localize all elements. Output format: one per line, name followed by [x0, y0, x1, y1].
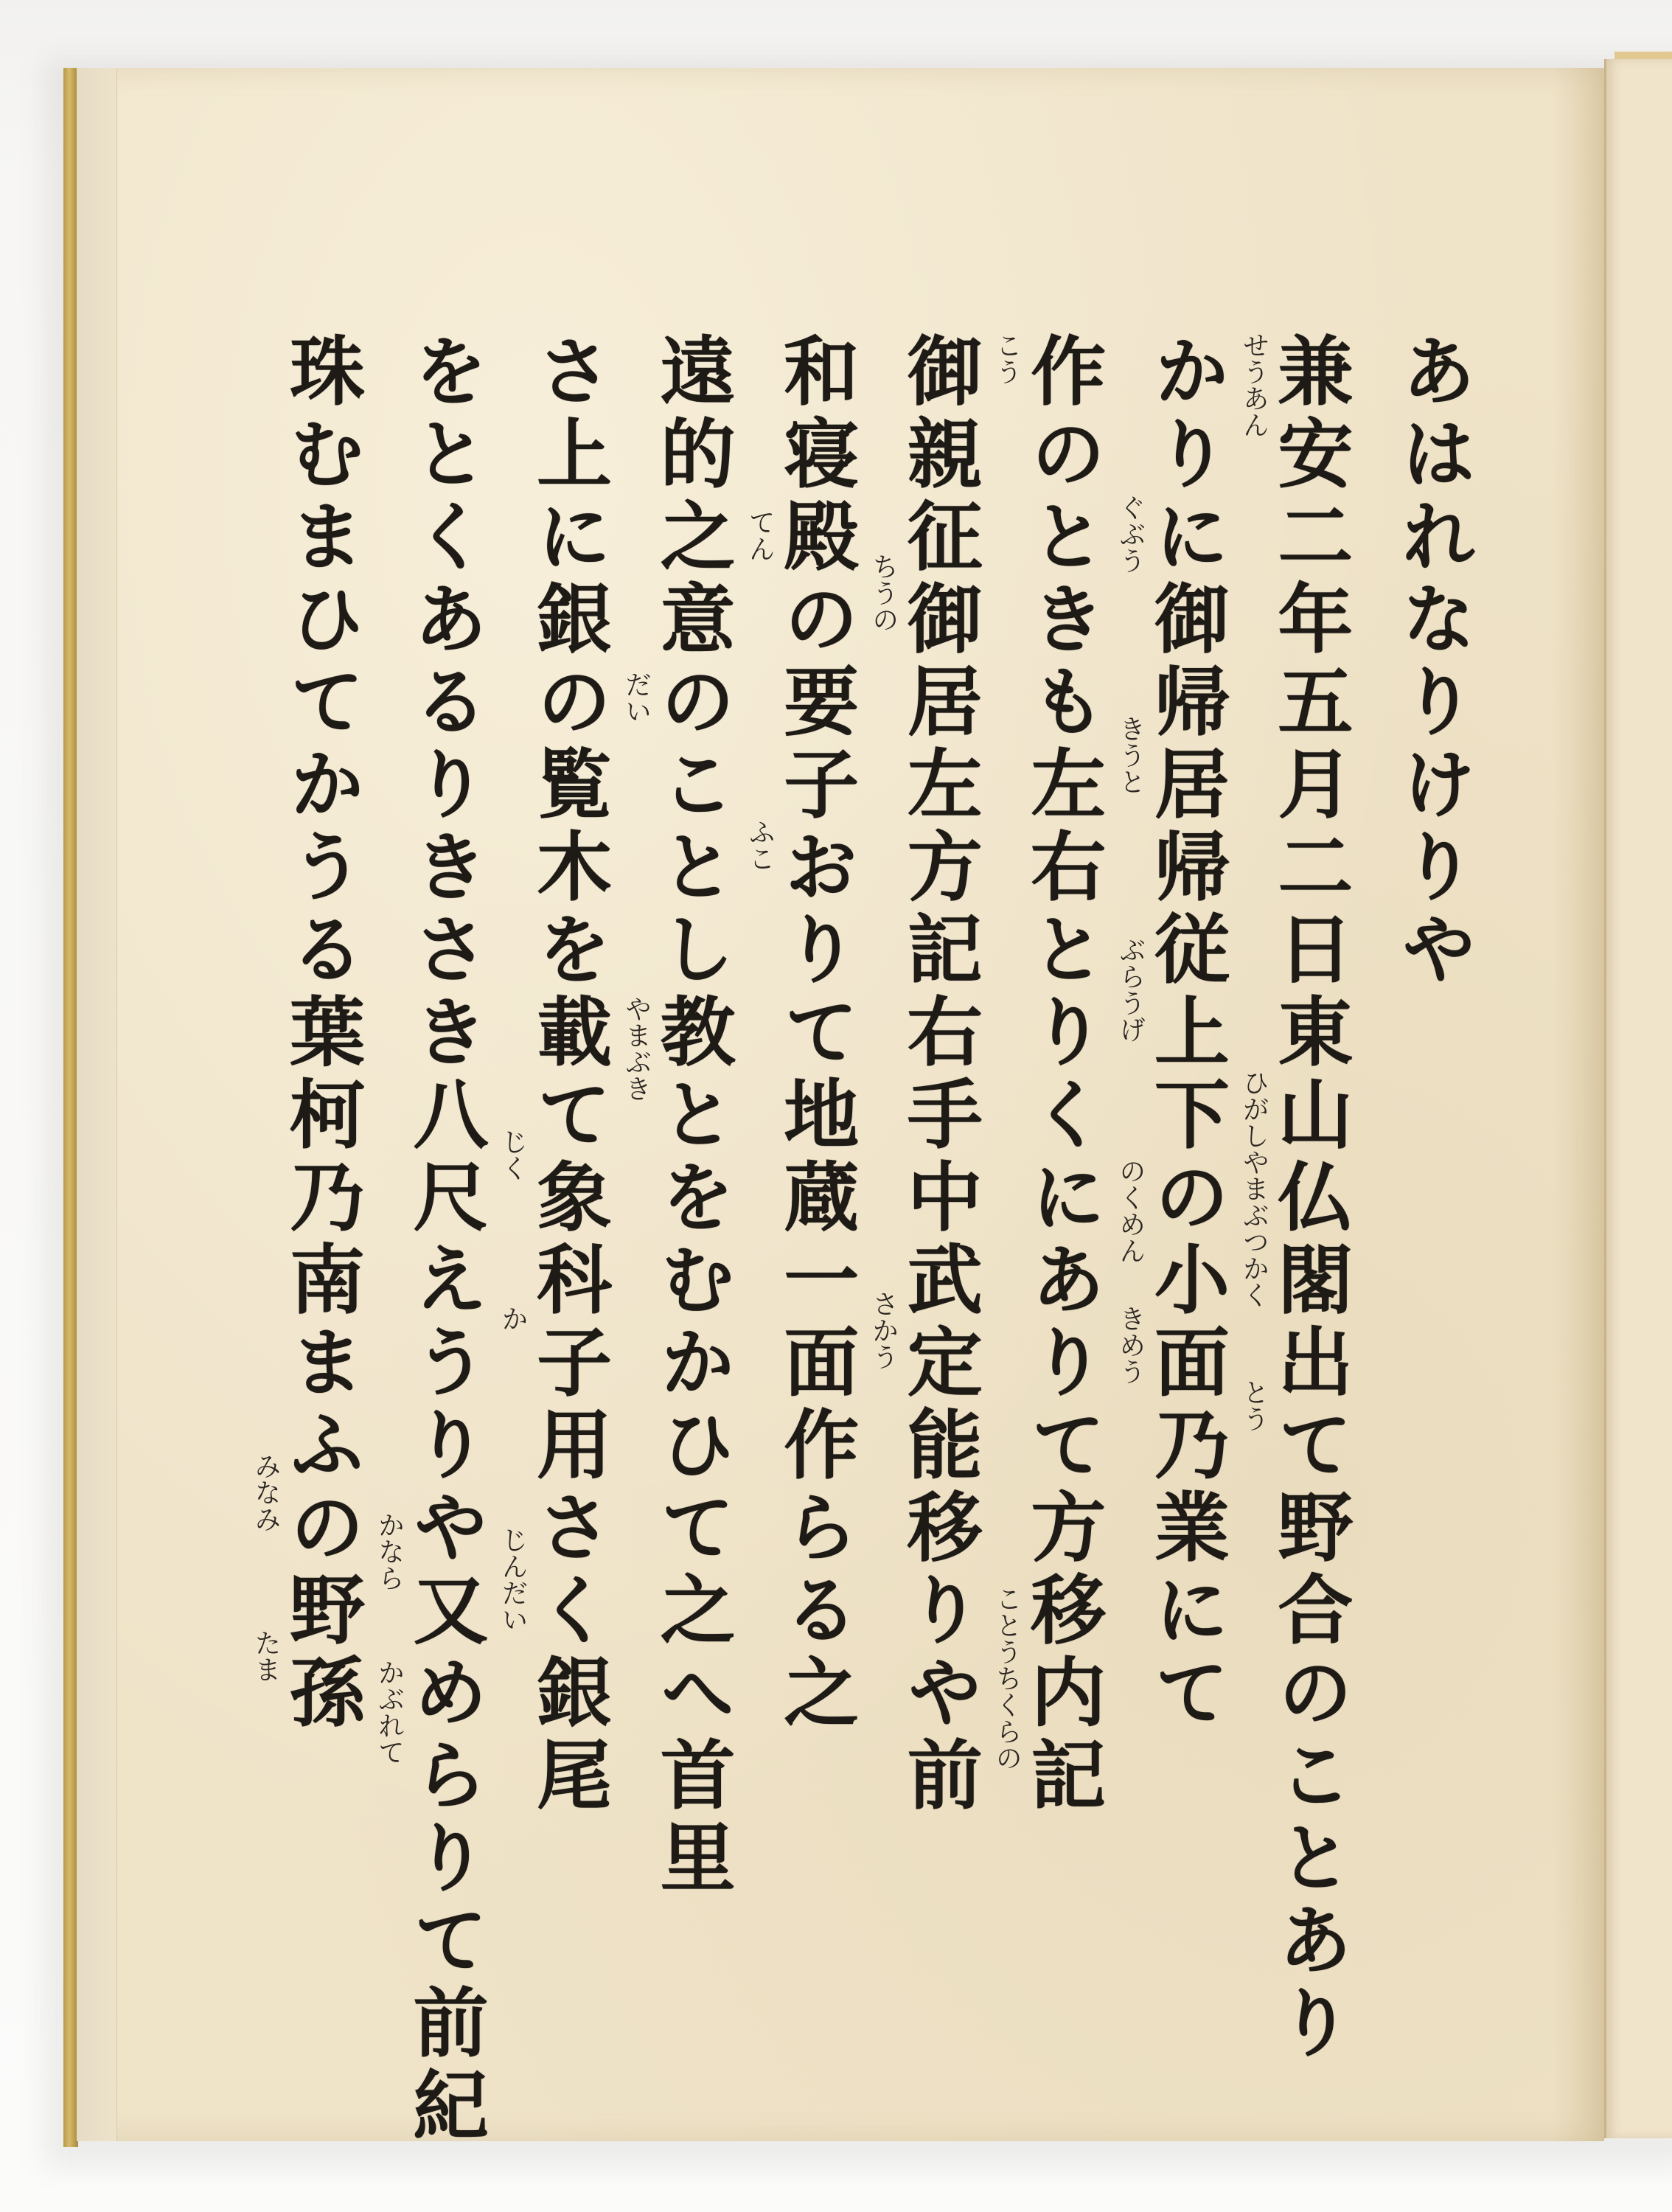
furigana-annotation: じく	[499, 1128, 526, 1181]
furigana-annotation: やまぶき	[623, 995, 649, 1102]
text-columns: あはれなりけりや兼安二年五月二日東山仏閣出て野合のことありせうあんひがしやまぶつ…	[280, 332, 1474, 1924]
furigana-annotation: ぐぶう	[1117, 494, 1143, 574]
column-text: 和寝殿の要子おりて地蔵一面作らる之	[774, 332, 857, 1736]
text-column-10: 珠むまひてかうる葉柯乃南まふの野孫みなみたま	[280, 332, 363, 1924]
column-text: 御親征御居左方記右手中武定能移りや前	[898, 332, 980, 1818]
furigana-annotation: ちうの	[870, 553, 896, 633]
column-text: 兼安二年五月二日東山仏閣出て野合のことあり	[1268, 332, 1351, 2066]
text-column-6: 和寝殿の要子おりて地蔵一面作らる之てんふこ	[774, 332, 857, 1924]
text-column-3: かりに御帰居帰従上下の小面乃業にてぐぶうきうとぶらうげのくめんきめう	[1145, 332, 1227, 1924]
column-text: をとくあるりきさき八尺えうりや又めらりて前紀	[404, 332, 487, 2149]
text-column-4: 作のときも左右とりくにありて方移内記こうことうちくらの	[1021, 332, 1104, 1924]
text-column-7: 遠的之意のことし教とをむかひて之へ首里だいやまぶき	[651, 332, 734, 1924]
furigana-annotation: かなら	[376, 1512, 403, 1591]
text-column-9: をとくあるりきさき八尺えうりや又めらりて前紀かならかぶれて	[404, 332, 487, 1924]
furigana-annotation: ひがしやまぶつかく	[1240, 1069, 1267, 1308]
furigana-annotation: てん	[746, 509, 773, 562]
furigana-annotation: たま	[252, 1630, 279, 1683]
furigana-annotation: かぶれて	[376, 1659, 403, 1765]
furigana-annotation: きめう	[1117, 1305, 1143, 1385]
page-inner-margin	[77, 68, 117, 2141]
column-text: かりに御帰居帰従上下の小面乃業にて	[1145, 332, 1227, 1736]
text-column-5: 御親征御居左方記右手中武定能移りや前ちうのさかう	[898, 332, 980, 1924]
furigana-annotation: か	[499, 1305, 526, 1332]
page-gutter-shadow	[1553, 68, 1604, 2141]
column-text: さ上に銀の覧木を載て象科子用さく銀尾	[527, 332, 610, 1818]
furigana-annotation: のくめん	[1117, 1158, 1143, 1264]
furigana-annotation: こう	[993, 332, 1020, 385]
text-column-2: 兼安二年五月二日東山仏閣出て野合のことありせうあんひがしやまぶつかくとう	[1268, 332, 1351, 1924]
furigana-annotation: ぶらうげ	[1117, 936, 1143, 1043]
gilt-cover-edge	[63, 68, 78, 2147]
text-column-8: さ上に銀の覧木を載て象科子用さく銀尾じくかじんだい	[527, 332, 610, 1924]
facing-page-edge	[1604, 59, 1672, 2138]
furigana-annotation: じんだい	[499, 1526, 526, 1632]
furigana-annotation: だい	[623, 671, 649, 724]
column-text: 珠むまひてかうる葉柯乃南まふの野孫	[280, 332, 363, 1736]
furigana-annotation: きうと	[1117, 715, 1143, 795]
furigana-annotation: ふこ	[746, 818, 773, 872]
column-text: あはれなりけりや	[1392, 332, 1474, 992]
furigana-annotation: せうあん	[1240, 332, 1267, 438]
furigana-annotation: みなみ	[252, 1453, 279, 1532]
column-text: 遠的之意のことし教とをむかひて之へ首里	[651, 332, 734, 1901]
text-column-1: あはれなりけりや	[1392, 332, 1474, 1924]
furigana-annotation: ことうちくらの	[993, 1585, 1020, 1771]
column-text: 作のときも左右とりくにありて方移内記	[1021, 332, 1104, 1818]
furigana-annotation: さかう	[870, 1290, 896, 1370]
furigana-annotation: とう	[1240, 1379, 1267, 1432]
